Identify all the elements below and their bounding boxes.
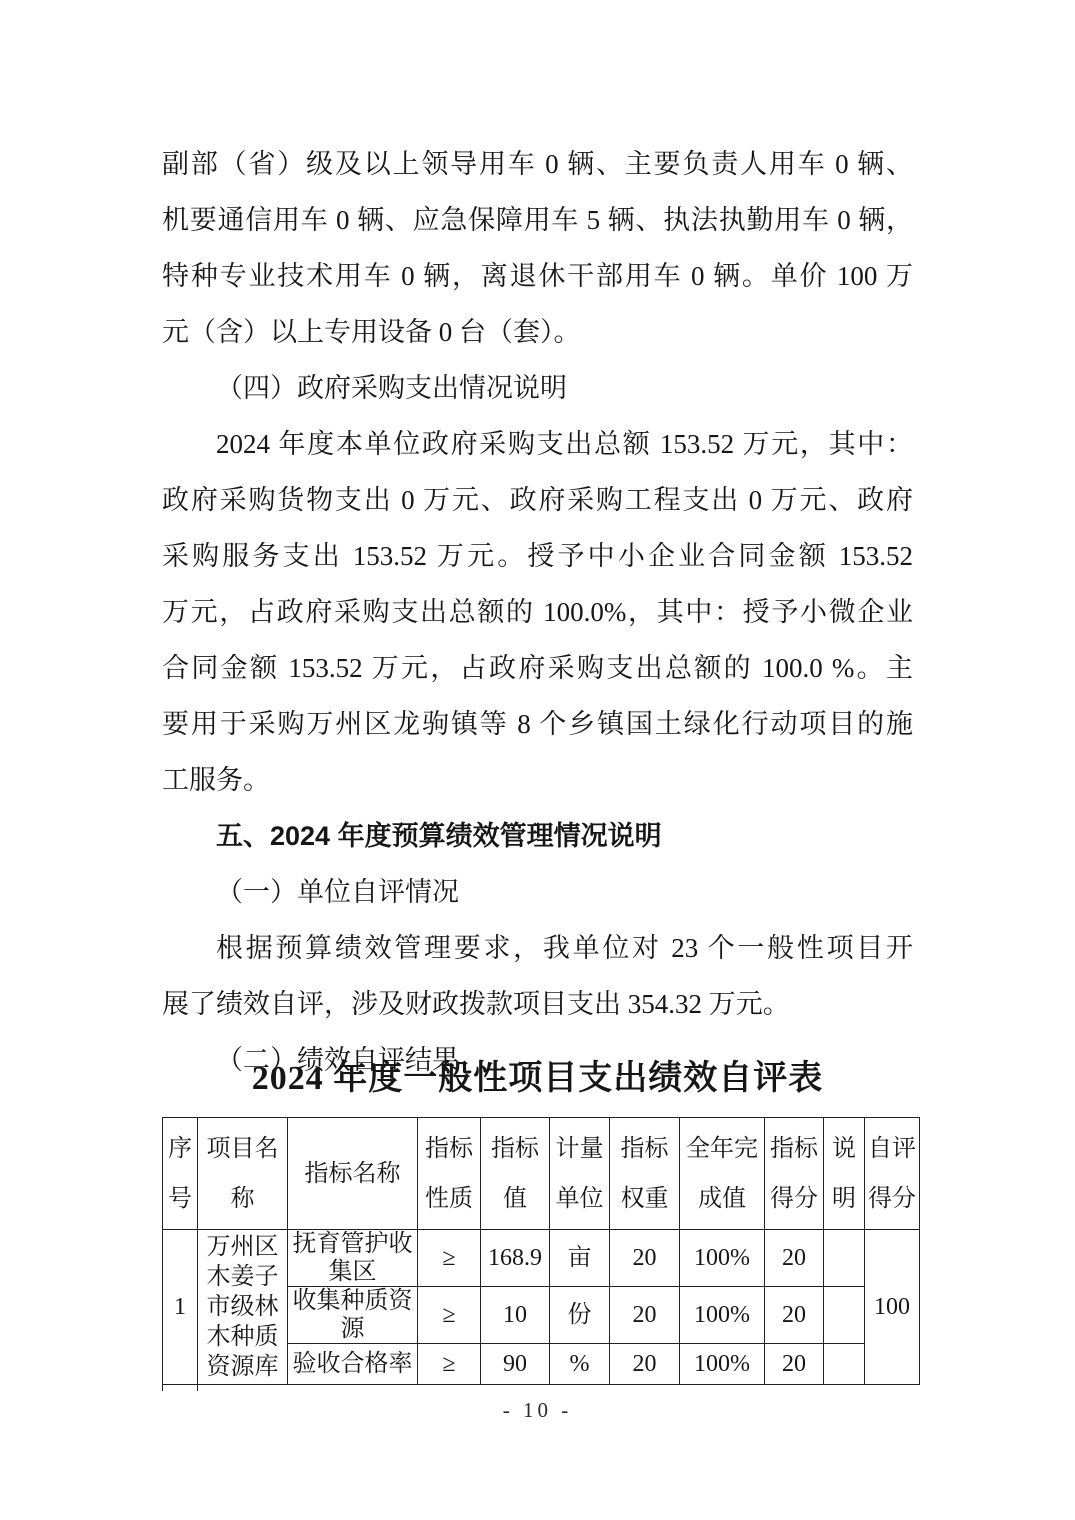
cell-indicator-name: 收集种质资源	[288, 1287, 418, 1344]
header-note: 说明	[824, 1118, 865, 1230]
header-project-name: 项目名称	[198, 1118, 288, 1230]
cell-unit: %	[550, 1344, 610, 1385]
table-title: 2024 年度一般性项目支出绩效自评表	[0, 1048, 1075, 1110]
cell-project-name: 万州区木姜子市级林木种质资源库	[198, 1230, 288, 1385]
header-score: 指标得分	[765, 1118, 824, 1230]
cell-indicator-name: 验收合格率	[288, 1344, 418, 1385]
text-line: 政府采购货物支出 0 万元、政府采购工程支出 0 万元、政府	[162, 472, 913, 528]
header-completion: 全年完成值	[680, 1118, 765, 1230]
text-line: 展了绩效自评，涉及财政拨款项目支出 354.32 万元。	[162, 976, 913, 1032]
text-line: 要用于采购万州区龙驹镇等 8 个乡镇国土绿化行动项目的施	[162, 696, 913, 752]
header-unit: 计量单位	[550, 1118, 610, 1230]
table-row: 1 万州区木姜子市级林木种质资源库 抚育管护收集区 ≥ 168.9 亩 20 1…	[163, 1230, 920, 1287]
text-line: 2024 年度本单位政府采购支出总额 153.52 万元，其中：	[162, 416, 913, 472]
text-line: 工服务。	[162, 752, 913, 808]
cell-weight: 20	[610, 1344, 680, 1385]
cell-unit: 份	[550, 1287, 610, 1344]
cell-completion: 100%	[680, 1344, 765, 1385]
header-weight: 指标权重	[610, 1118, 680, 1230]
table-header-row: 序号 项目名称 指标名称 指标性质 指标值 计量单位 指标权重 全年完成值 指标…	[163, 1118, 920, 1230]
cell-indicator-value: 90	[481, 1344, 550, 1385]
cell-unit: 亩	[550, 1230, 610, 1287]
self-evaluation-table-wrap: 序号 项目名称 指标名称 指标性质 指标值 计量单位 指标权重 全年完成值 指标…	[162, 1117, 920, 1385]
heading-subsection-1: （一）单位自评情况	[162, 864, 913, 920]
header-indicator-nature: 指标性质	[418, 1118, 481, 1230]
header-self-score: 自评得分	[865, 1118, 920, 1230]
text-line: 根据预算绩效管理要求，我单位对 23 个一般性项目开	[162, 920, 913, 976]
cell-note	[824, 1287, 865, 1344]
page-number: - 10 -	[0, 1398, 1075, 1423]
document-page: 副部（省）级及以上领导用车 0 辆、主要负责人用车 0 辆、机要通信用车 0 辆…	[0, 0, 1075, 1520]
text-line: 万元，占政府采购支出总额的 100.0%，其中：授予小微企业	[162, 584, 913, 640]
text-line: 合同金额 153.52 万元，占政府采购支出总额的 100.0 %。主	[162, 640, 913, 696]
cell-indicator-value: 168.9	[481, 1230, 550, 1287]
header-indicator-name: 指标名称	[288, 1118, 418, 1230]
cell-indicator-nature: ≥	[418, 1344, 481, 1385]
text-line: 采购服务支出 153.52 万元。授予中小企业合同金额 153.52	[162, 528, 913, 584]
cell-indicator-value: 10	[481, 1287, 550, 1344]
cell-score: 20	[765, 1344, 824, 1385]
text-line: 五、2024 年度预算绩效管理情况说明	[162, 808, 913, 864]
heading-section-5: 五、2024 年度预算绩效管理情况说明	[162, 808, 913, 864]
header-seq: 序号	[163, 1118, 198, 1230]
cell-score: 20	[765, 1230, 824, 1287]
page-break-border-stub	[162, 1384, 163, 1391]
self-evaluation-table: 序号 项目名称 指标名称 指标性质 指标值 计量单位 指标权重 全年完成值 指标…	[162, 1117, 920, 1385]
cell-seq: 1	[163, 1230, 198, 1385]
paragraph-vehicle-counts: 副部（省）级及以上领导用车 0 辆、主要负责人用车 0 辆、机要通信用车 0 辆…	[162, 136, 913, 360]
cell-completion: 100%	[680, 1287, 765, 1344]
cell-completion: 100%	[680, 1230, 765, 1287]
cell-indicator-nature: ≥	[418, 1287, 481, 1344]
paragraph-procurement-detail: 2024 年度本单位政府采购支出总额 153.52 万元，其中：政府采购货物支出…	[162, 416, 913, 808]
cell-indicator-nature: ≥	[418, 1230, 481, 1287]
text-line: 副部（省）级及以上领导用车 0 辆、主要负责人用车 0 辆、	[162, 136, 913, 192]
header-indicator-value: 指标值	[481, 1118, 550, 1230]
text-line: 机要通信用车 0 辆、应急保障用车 5 辆、执法执勤用车 0 辆，	[162, 192, 913, 248]
cell-note	[824, 1344, 865, 1385]
paragraph-self-evaluation: 根据预算绩效管理要求，我单位对 23 个一般性项目开展了绩效自评，涉及财政拨款项…	[162, 920, 913, 1032]
text-line: 元（含）以上专用设备 0 台（套）。	[162, 304, 913, 360]
cell-indicator-name: 抚育管护收集区	[288, 1230, 418, 1287]
document-body: 副部（省）级及以上领导用车 0 辆、主要负责人用车 0 辆、机要通信用车 0 辆…	[162, 136, 913, 1088]
heading-section-4: （四）政府采购支出情况说明	[162, 360, 913, 416]
cell-self-score: 100	[865, 1230, 920, 1385]
text-line: （四）政府采购支出情况说明	[162, 360, 913, 416]
cell-weight: 20	[610, 1287, 680, 1344]
cell-weight: 20	[610, 1230, 680, 1287]
text-line: （一）单位自评情况	[162, 864, 913, 920]
page-break-border-stub	[197, 1384, 198, 1391]
cell-note	[824, 1230, 865, 1287]
text-line: 特种专业技术用车 0 辆，离退休干部用车 0 辆。单价 100 万	[162, 248, 913, 304]
cell-score: 20	[765, 1287, 824, 1344]
